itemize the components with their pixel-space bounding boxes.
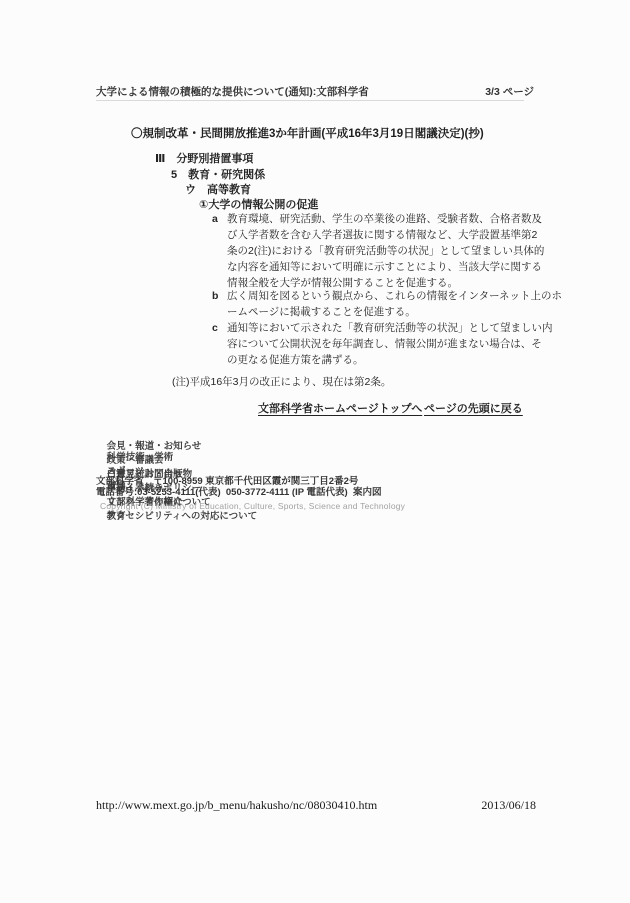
back-to-top-link[interactable]: ページの先頭に戻る: [424, 400, 523, 416]
scanned-document-page: 大学による情報の積極的な提供について(通知):文部科学省 3/3 ページ 〇規制…: [0, 0, 630, 903]
print-header: 大学による情報の積極的な提供について(通知):文部科学省 3/3 ページ: [96, 84, 534, 99]
header-divider: [96, 100, 524, 101]
print-date: 2013/06/18: [481, 798, 536, 813]
print-footer: http://www.mext.go.jp/b_menu/hakusho/nc/…: [96, 798, 536, 813]
nav-link-accessibility[interactable]: アクセシビリティへの対応について: [107, 511, 258, 522]
footnote: (注)平成16年3月の改正により、現在は第2条。: [172, 374, 391, 389]
list-item-marker: a: [212, 211, 227, 291]
topic-heading: ①大学の情報公開の促進: [199, 196, 318, 212]
print-header-title: 大学による情報の積極的な提供について(通知):文部科学省: [96, 84, 369, 99]
list-item-text: 広く周知を図るという観点から、これらの情報をインターネット上のホ ームページに掲…: [227, 288, 562, 320]
page-indicator: 3/3 ページ: [485, 84, 534, 99]
list-item-text: 教育環境、研究活動、学生の卒業後の進路、受験者数、合格者数及 び入学者数を含む入…: [227, 211, 544, 291]
subsection-heading: 5 教育・研究関係: [171, 166, 265, 182]
source-url: http://www.mext.go.jp/b_menu/hakusho/nc/…: [96, 798, 377, 813]
list-item-c: c 通知等において示された「教育研究活動等の状況」として望ましい内 容について公…: [212, 320, 553, 368]
section-heading: Ⅲ 分野別措置事項: [155, 150, 253, 166]
document-title: 〇規制改革・民間開放推進3か年計画(平成16年3月19日閣議決定)(抄): [131, 125, 484, 141]
subsubsection-heading: ウ 高等教育: [185, 181, 251, 197]
list-item-marker: b: [212, 288, 227, 320]
list-item-marker: c: [212, 320, 227, 368]
list-item-a: a 教育環境、研究活動、学生の卒業後の進路、受験者数、合格者数及 び入学者数を含…: [212, 211, 544, 291]
list-item-b: b 広く周知を図るという観点から、これらの情報をインターネット上のホ ームページ…: [212, 288, 562, 320]
phone-line: 電話番号:03-5253-4111(代表) 050-3772-4111 (IP …: [96, 484, 381, 498]
copyright-notice: Copyright (C) Ministry of Education, Cul…: [100, 501, 405, 511]
list-item-text: 通知等において示された「教育研究活動等の状況」として望ましい内 容について公開状…: [227, 320, 553, 368]
home-page-link[interactable]: 文部科学省ホームページトップへ: [258, 400, 422, 416]
